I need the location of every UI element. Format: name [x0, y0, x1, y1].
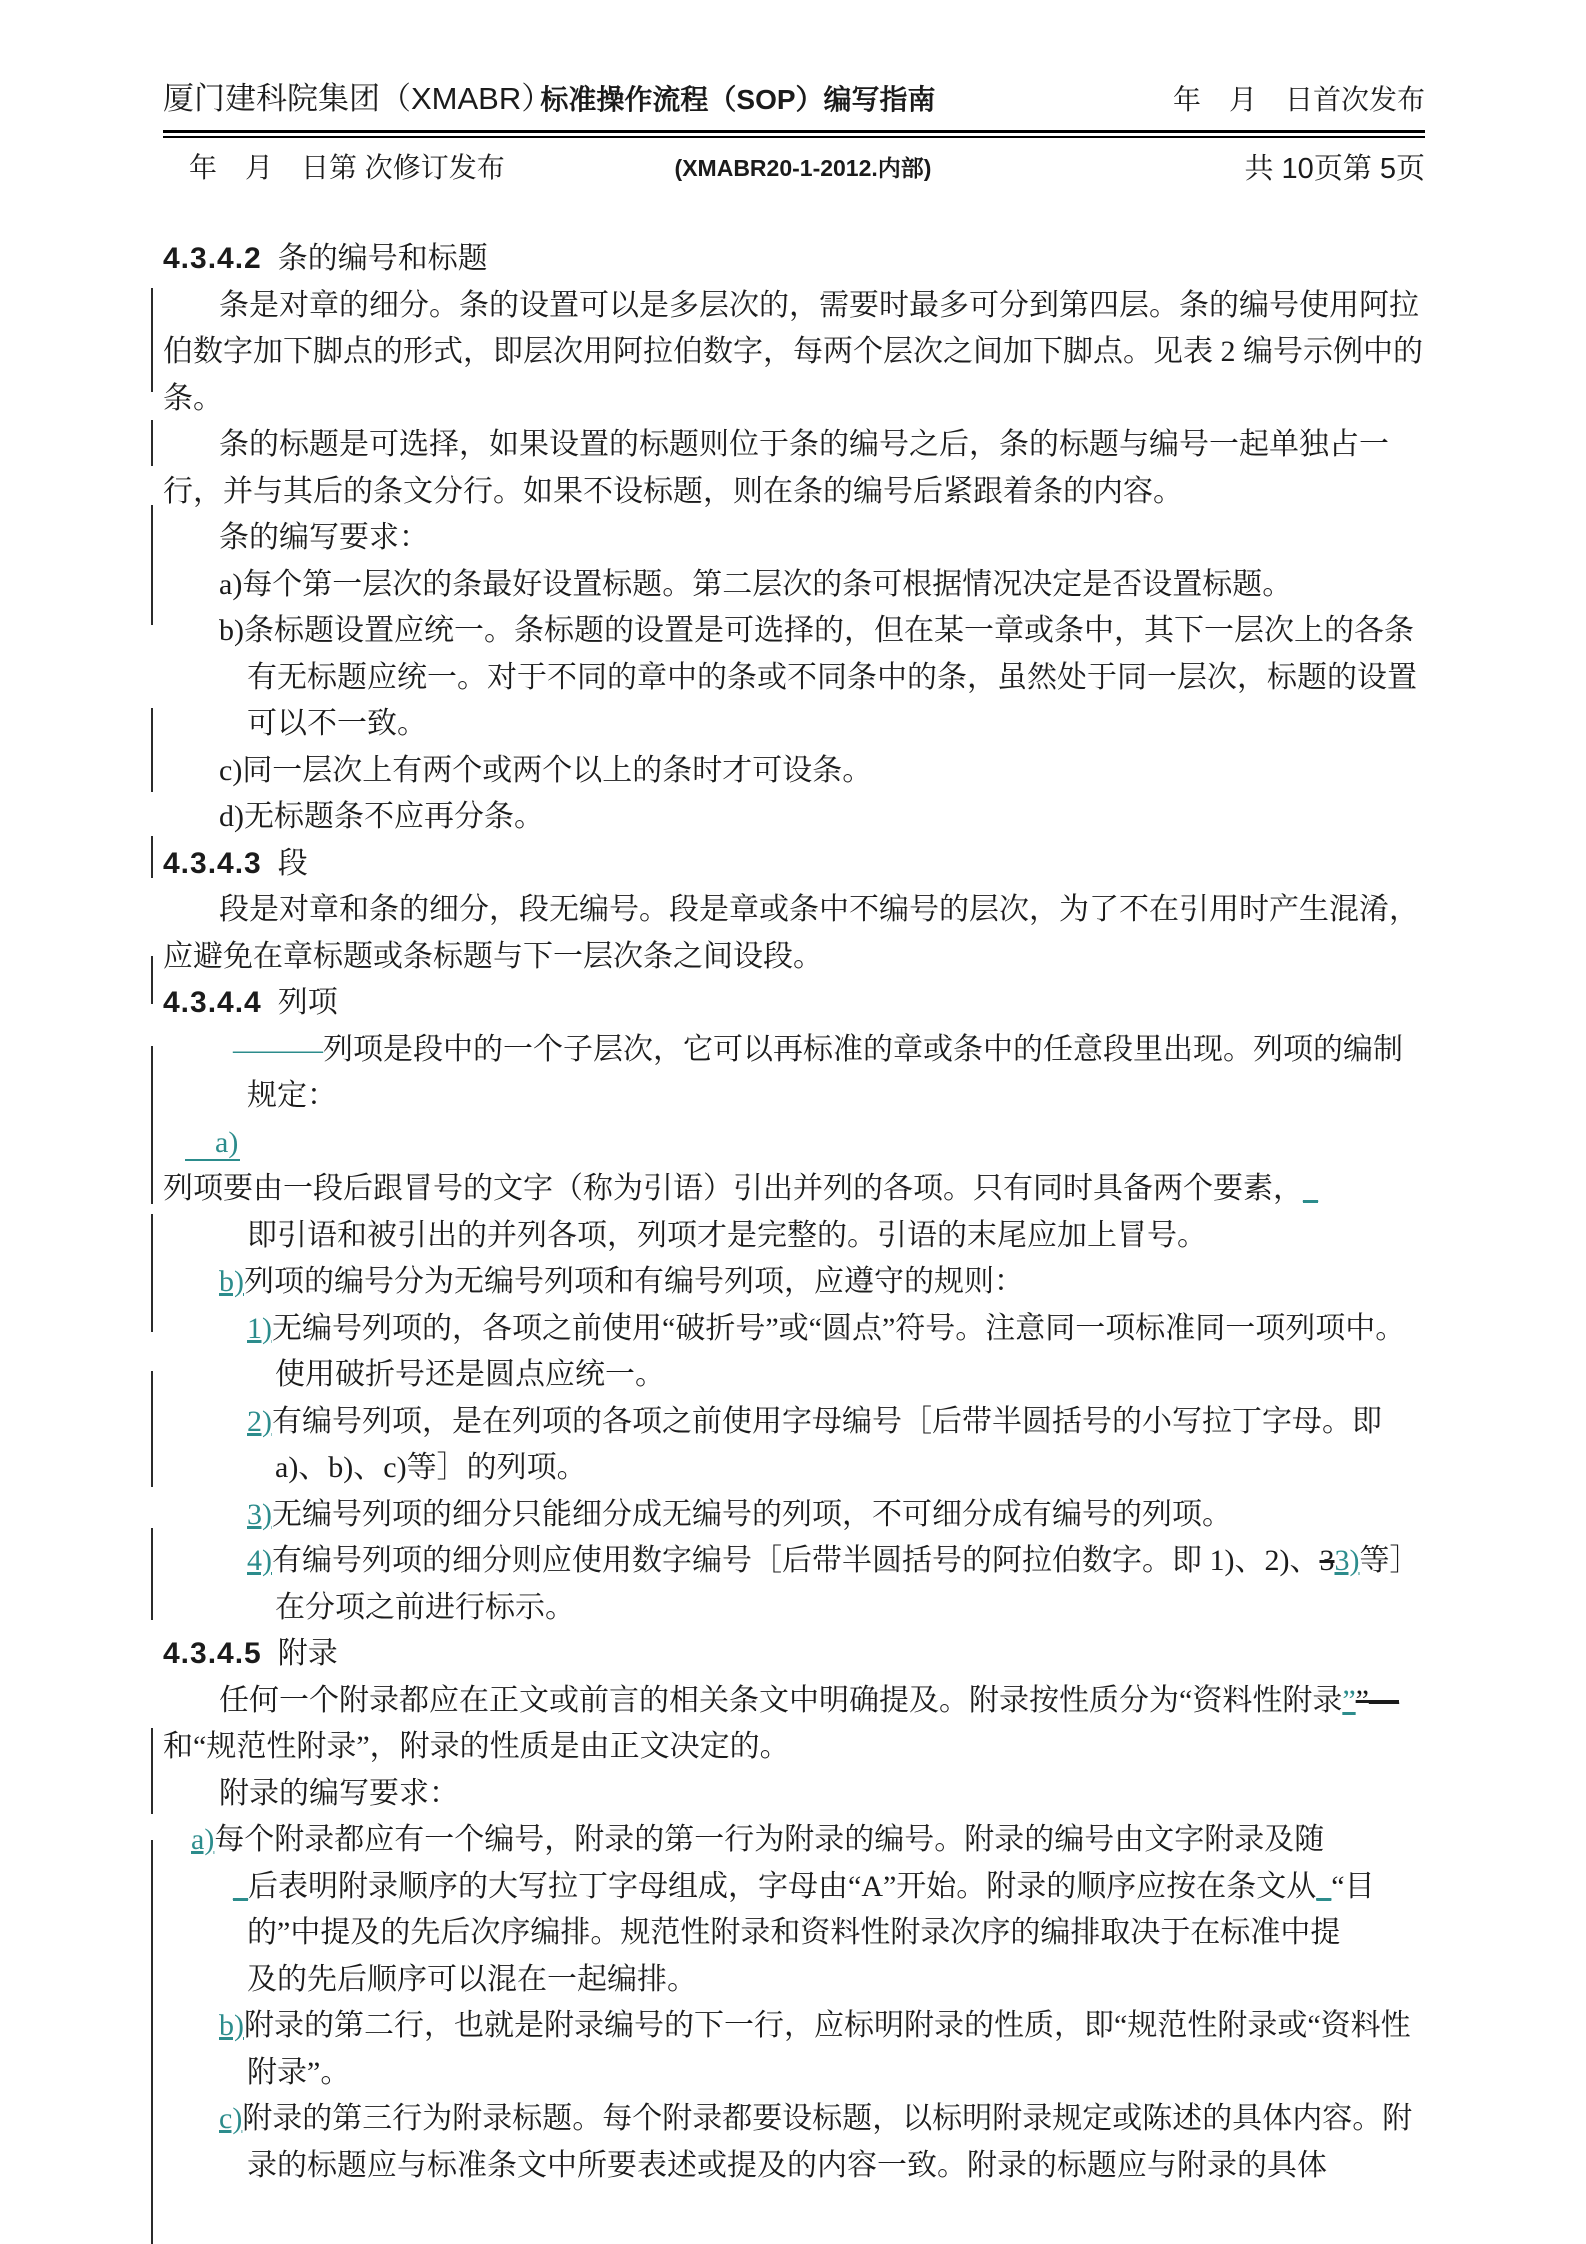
change-bar — [151, 505, 153, 625]
change-bar — [151, 836, 153, 878]
inserted-label: c) — [219, 2102, 242, 2135]
change-bar — [151, 1046, 153, 1204]
list-item: b)附录的第二行，也就是附录编号的下一行，应标明附录的性质，即“规范性附录或“资… — [163, 2003, 1425, 2096]
intro-text: 列项是段中的一个子层次，它可以再标准的章或条中的任意段里出现。列项的编制规定： — [247, 1033, 1403, 1113]
inserted-mark: _ — [1303, 1172, 1318, 1205]
header-divider — [163, 130, 1425, 138]
revision-note: 年 月 日第 次修订发布 — [163, 146, 653, 186]
inserted-label: 1) — [247, 1312, 272, 1345]
inserted-text: 3) — [1334, 1544, 1359, 1577]
paragraph: 条的标题是可选择，如果设置的标题则位于条的编号之后，条的标题与编号一起单独占一行… — [163, 422, 1425, 515]
section-number: 4.3.4.5 — [163, 1637, 262, 1670]
document-page: 厦门建科院集团（XMABR） 标准操作流程（SOP）编写指南 年 月 日首次发布… — [0, 0, 1586, 2244]
paragraph: 附录的编写要求： — [163, 1771, 1425, 1818]
list-item: b)条标题设置应统一。条标题的设置是可选择的，但在某一章或条中，其下一层次上的各… — [163, 608, 1425, 748]
list-text: 列项要由一段后跟冒号的文字（称为引语）引出并列的各项。只有同时具备两个要素， — [163, 1172, 1303, 1205]
list-text: 有编号列项，是在列项的各项之前使用字母编号［后带半圆括号的小写拉丁字母。即 a)… — [272, 1405, 1382, 1485]
paragraph-text: 任何一个附录都应在正文或前言的相关条文中明确提及。附录按性质分为“资料性附录 — [219, 1684, 1342, 1717]
section-number: 4.3.4.4 — [163, 986, 262, 1019]
paragraph: 任何一个附录都应在正文或前言的相关条文中明确提及。附录按性质分为“资料性附录””… — [163, 1678, 1425, 1771]
list-text: 条标题设置应统一。条标题的设置是可选择的，但在某一章或条中，其下一层次上的各条有… — [244, 614, 1417, 740]
list-item-line: _后表明附录顺序的大写拉丁字母组成，字母由“A”开始。附录的顺序应按在条文从_“… — [163, 1864, 1425, 1911]
first-issue-date: 年 月 日首次发布 — [1173, 78, 1425, 118]
list-text: 无标题条不应再分条。 — [244, 800, 544, 833]
change-bar — [151, 956, 153, 1004]
list-text: 同一层次上有两个或两个以上的条时才可设条。 — [242, 754, 872, 787]
section-heading: 4.3.4.5附录 — [163, 1631, 1425, 1678]
change-bar — [151, 1371, 153, 1487]
section-title: 附录 — [278, 1637, 338, 1670]
paragraph: 条的编写要求： — [163, 515, 1425, 562]
list-item: c)附录的第三行为附录标题。每个附录都要设标题，以标明附录规定或陈述的具体内容。… — [163, 2096, 1425, 2189]
change-bar — [151, 420, 153, 466]
inserted-label: 4) — [247, 1544, 272, 1577]
list-item: d)无标题条不应再分条。 — [163, 794, 1425, 841]
sublist-item: 3)无编号列项的细分只能细分成无编号的列项，不可细分成有编号的列项。 — [163, 1492, 1425, 1539]
change-bar — [151, 1528, 153, 1620]
section-heading: 4.3.4.4列项 — [163, 980, 1425, 1027]
inserted-label: b) — [219, 2009, 244, 2042]
deleted-text: ”— — [1356, 1684, 1399, 1717]
paragraph: 段是对章和条的细分，段无编号。段是章或条中不编号的层次，为了不在引用时产生混淆，… — [163, 887, 1425, 980]
change-bar — [151, 1728, 153, 1814]
paragraph: 条是对章的细分。条的设置可以是多层次的，需要时最多可分到第四层。条的编号使用阿拉… — [163, 283, 1425, 423]
inserted-label: b) — [219, 1265, 244, 1298]
inserted-label: 2) — [247, 1405, 272, 1438]
deleted-text: 3 — [1319, 1544, 1334, 1577]
list-text: 列项的编号分为无编号列项和有编号列项，应遵守的规则： — [244, 1265, 1024, 1298]
inserted-mark: _ — [233, 1870, 248, 1903]
inserted-list-label-line: a) — [163, 1120, 1425, 1167]
section-heading: 4.3.4.3段 — [163, 841, 1425, 888]
list-text: 后表明附录顺序的大写拉丁字母组成，字母由“A”开始。附录的顺序应按在条文从 — [248, 1870, 1316, 1903]
list-item: b)列项的编号分为无编号列项和有编号列项，应遵守的规则： — [163, 1259, 1425, 1306]
section-title: 列项 — [278, 986, 338, 1019]
list-text: “目 — [1331, 1870, 1374, 1903]
change-bar — [151, 288, 153, 392]
doc-code: (XMABR20-1-2012.内部) — [653, 150, 953, 183]
change-bar — [151, 1840, 153, 2244]
page-header: 厦门建科院集团（XMABR） 标准操作流程（SOP）编写指南 年 月 日首次发布… — [163, 56, 1425, 194]
sublist-item: 4)有编号列项的细分则应使用数字编号［后带半圆括号的阿拉伯数字。即 1)、2)、… — [163, 1538, 1425, 1631]
list-text: 无编号列项的细分只能细分成无编号的列项，不可细分成有编号的列项。 — [272, 1498, 1232, 1531]
inserted-dash: ——— — [233, 1033, 323, 1066]
list-text: 有编号列项的细分则应使用数字编号［后带半圆括号的阿拉伯数字。即 1)、2)、 — [272, 1544, 1319, 1577]
list-text-line: 即引语和被引出的并列各项，列项才是完整的。引语的末尾应加上冒号。 — [163, 1213, 1425, 1260]
list-item: a)每个第一层次的条最好设置标题。第二层次的条可根据情况决定是否设置标题。 — [163, 562, 1425, 609]
inserted-label: 3) — [247, 1498, 272, 1531]
list-label: a) — [219, 568, 242, 601]
list-label: d) — [219, 800, 244, 833]
org-name: 厦门建科院集团（XMABR） — [163, 73, 523, 118]
section-number: 4.3.4.3 — [163, 847, 262, 880]
list-text-line: 列项要由一段后跟冒号的文字（称为引语）引出并列的各项。只有同时具备两个要素，_ — [163, 1166, 1425, 1213]
header-row-1: 厦门建科院集团（XMABR） 标准操作流程（SOP）编写指南 年 月 日首次发布 — [163, 56, 1425, 130]
inserted-text: ” — [1342, 1684, 1355, 1717]
section-heading: 4.3.4.2条的编号和标题 — [163, 236, 1425, 283]
list-intro: ———列项是段中的一个子层次，它可以再标准的章或条中的任意段里出现。列项的编制规… — [163, 1027, 1425, 1120]
paragraph-text: 和“规范性附录”，附录的性质是由正文决定的。 — [163, 1730, 790, 1763]
list-item-line: 及的先后顺序可以混在一起编排。 — [163, 1957, 1425, 2004]
sublist-item: 1)无编号列项的，各项之前使用“破折号”或“圆点”符号。注意同一项标准同一项列项… — [163, 1306, 1425, 1399]
list-item-line: a)每个附录都应有一个编号，附录的第一行为附录的编号。附录的编号由文字附录及随 — [163, 1817, 1425, 1864]
list-text: 附录的第二行，也就是附录编号的下一行，应标明附录的性质，即“规范性附录或“资料性… — [244, 2009, 1411, 2089]
doc-title: 标准操作流程（SOP）编写指南 — [523, 78, 953, 118]
page-count: 共 10页第 5页 — [1245, 146, 1426, 187]
list-text: 每个附录都应有一个编号，附录的第一行为附录的编号。附录的编号由文字附录及随 — [214, 1823, 1324, 1856]
inserted-label: a) — [191, 1823, 214, 1856]
list-label: c) — [219, 754, 242, 787]
section-title: 条的编号和标题 — [278, 242, 488, 275]
list-text: 附录的第三行为附录标题。每个附录都要设标题，以标明附录规定或陈述的具体内容。附录… — [242, 2102, 1412, 2182]
inserted-mark: _ — [1316, 1870, 1331, 1903]
document-body: 4.3.4.2条的编号和标题 条是对章的细分。条的设置可以是多层次的，需要时最多… — [163, 236, 1425, 2189]
section-number: 4.3.4.2 — [163, 242, 262, 275]
inserted-label: a) — [185, 1126, 240, 1161]
section-title: 段 — [278, 847, 308, 880]
header-row-2: 年 月 日第 次修订发布 (XMABR20-1-2012.内部) 共 10页第 … — [163, 138, 1425, 194]
list-item: c)同一层次上有两个或两个以上的条时才可设条。 — [163, 748, 1425, 795]
change-bar — [151, 1214, 153, 1332]
sublist-item: 2)有编号列项，是在列项的各项之前使用字母编号［后带半圆括号的小写拉丁字母。即 … — [163, 1399, 1425, 1492]
list-item-line: 的”中提及的先后次序编排。规范性附录和资料性附录次序的编排取决于在标准中提 — [163, 1910, 1425, 1957]
list-text: 无编号列项的，各项之前使用“破折号”或“圆点”符号。注意同一项标准同一项列项中。… — [272, 1312, 1405, 1392]
list-label: b) — [219, 614, 244, 647]
list-text: 每个第一层次的条最好设置标题。第二层次的条可根据情况决定是否设置标题。 — [242, 568, 1292, 601]
change-bar — [151, 708, 153, 792]
